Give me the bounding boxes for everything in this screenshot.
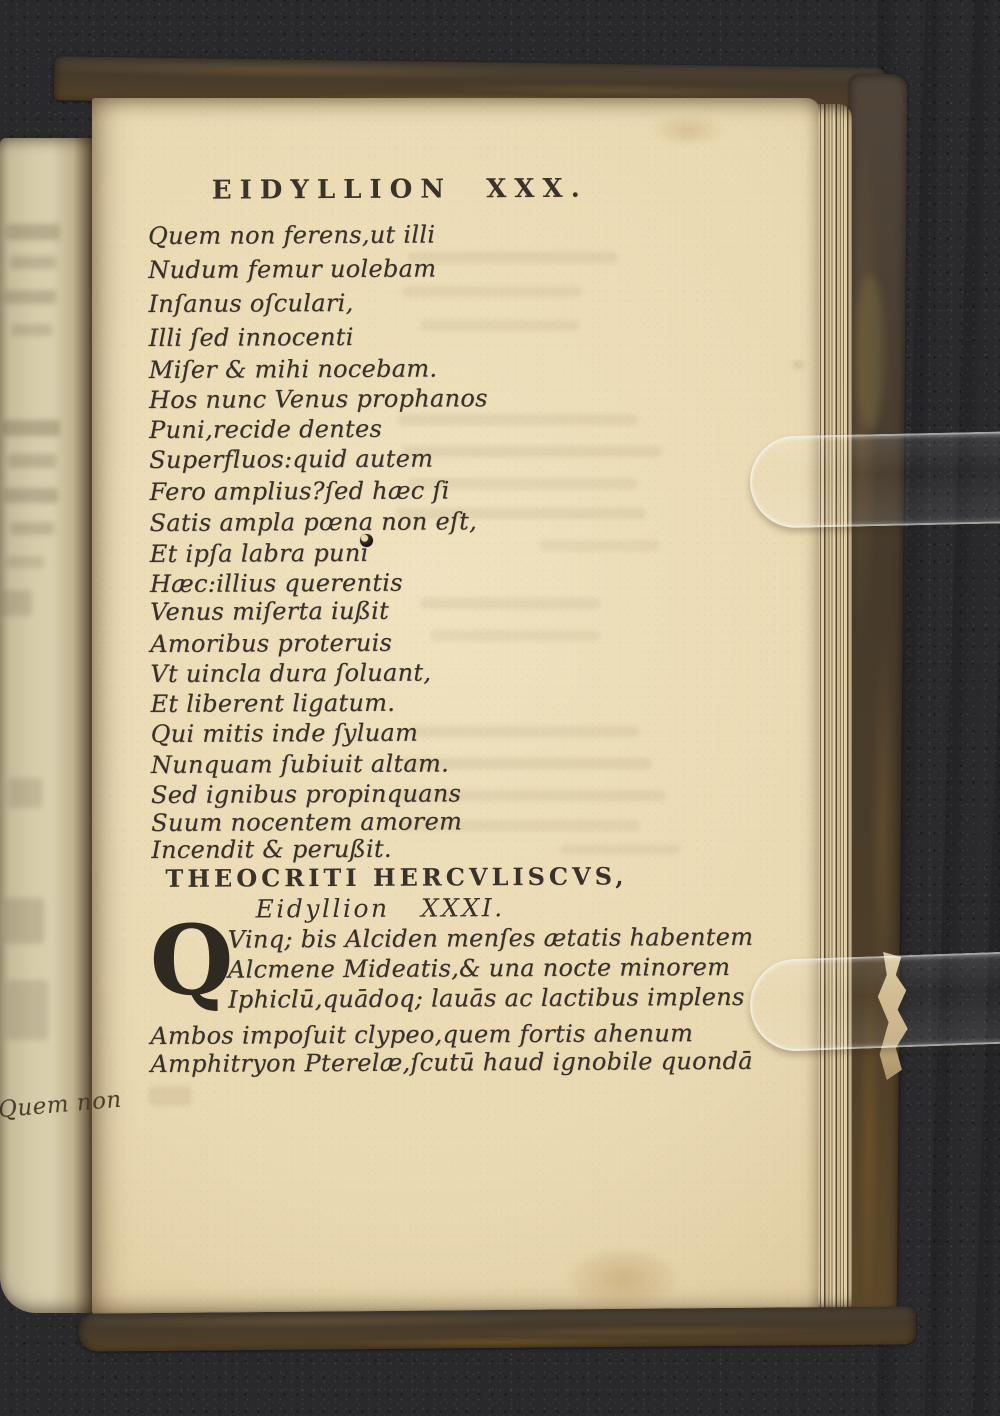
poem-line: Illi ſed innocenti (149, 325, 354, 350)
drop-cap-initial: Q (150, 922, 234, 1001)
paragraph-line: Amphitryon Pterelæ,ſcutū haud ignobile q… (150, 1049, 753, 1076)
idyll-heading: EIDYLLION XXX. (212, 174, 588, 206)
paragraph-line: Iphiclū,quādoq; lauās ac lactibus implen… (228, 985, 745, 1012)
poem-line: Suum nocentem amorem (151, 809, 462, 835)
ink-blot (360, 534, 373, 547)
section-subtitle: Eidyllion XXXI. (256, 893, 505, 923)
poem-line: Et ipſa labra puni (150, 541, 369, 566)
book-scan-photo: EIDYLLION XXX. Quem non ferens,ut illi N… (0, 0, 1000, 1416)
poem-line: Nunquam ſubiuit altam. (151, 751, 449, 777)
paragraph-line: Alcmene Mideatis,& una nocte minorem (228, 955, 730, 982)
poem-line: Hos nunc Venus prophanos (149, 386, 488, 412)
poem-line: Inſanus oſculari, (148, 291, 353, 316)
poem-line: Superfluos:quid autem (149, 447, 433, 472)
paragraph-line: Vinq; bis Alciden menſes ætatis habentem (228, 925, 754, 952)
page-weight-clip-top (749, 431, 1000, 529)
poem-line: Hæc:illius querentis (150, 571, 403, 596)
printed-text-layer: EIDYLLION XXX. Quem non ferens,ut illi N… (0, 0, 1000, 1416)
poem-line: Nudum femur uolebam (148, 257, 436, 283)
poem-line: Et liberent ligatum. (150, 691, 395, 716)
page-weight-clip-bottom (748, 951, 1000, 1052)
poem-line: Quem non ferens,ut illi (148, 223, 435, 249)
poem-line: Venus miſerta iußit (150, 599, 389, 624)
poem-line: Satis ampla pœna non eſt, (150, 509, 478, 535)
poem-line: Miſer & mihi nocebam. (149, 356, 438, 382)
poem-line: Sed ignibus propinquans (151, 781, 461, 807)
section-title: THEOCRITI HERCVLISCVS, (165, 862, 627, 893)
poem-line: Vt uincla dura ſoluant, (150, 661, 431, 686)
poem-line: Puni,recide dentes (149, 417, 382, 442)
poem-line: Amoribus proteruis (150, 631, 392, 656)
poem-line: Incendit & perußit. (151, 837, 392, 862)
paragraph-line: Ambos impoſuit clypeo,quem fortis ahenum (150, 1021, 693, 1048)
poem-line: Fero amplius?ſed hæc ſi (149, 478, 449, 504)
poem-line: Qui mitis inde ſyluam (151, 721, 419, 746)
